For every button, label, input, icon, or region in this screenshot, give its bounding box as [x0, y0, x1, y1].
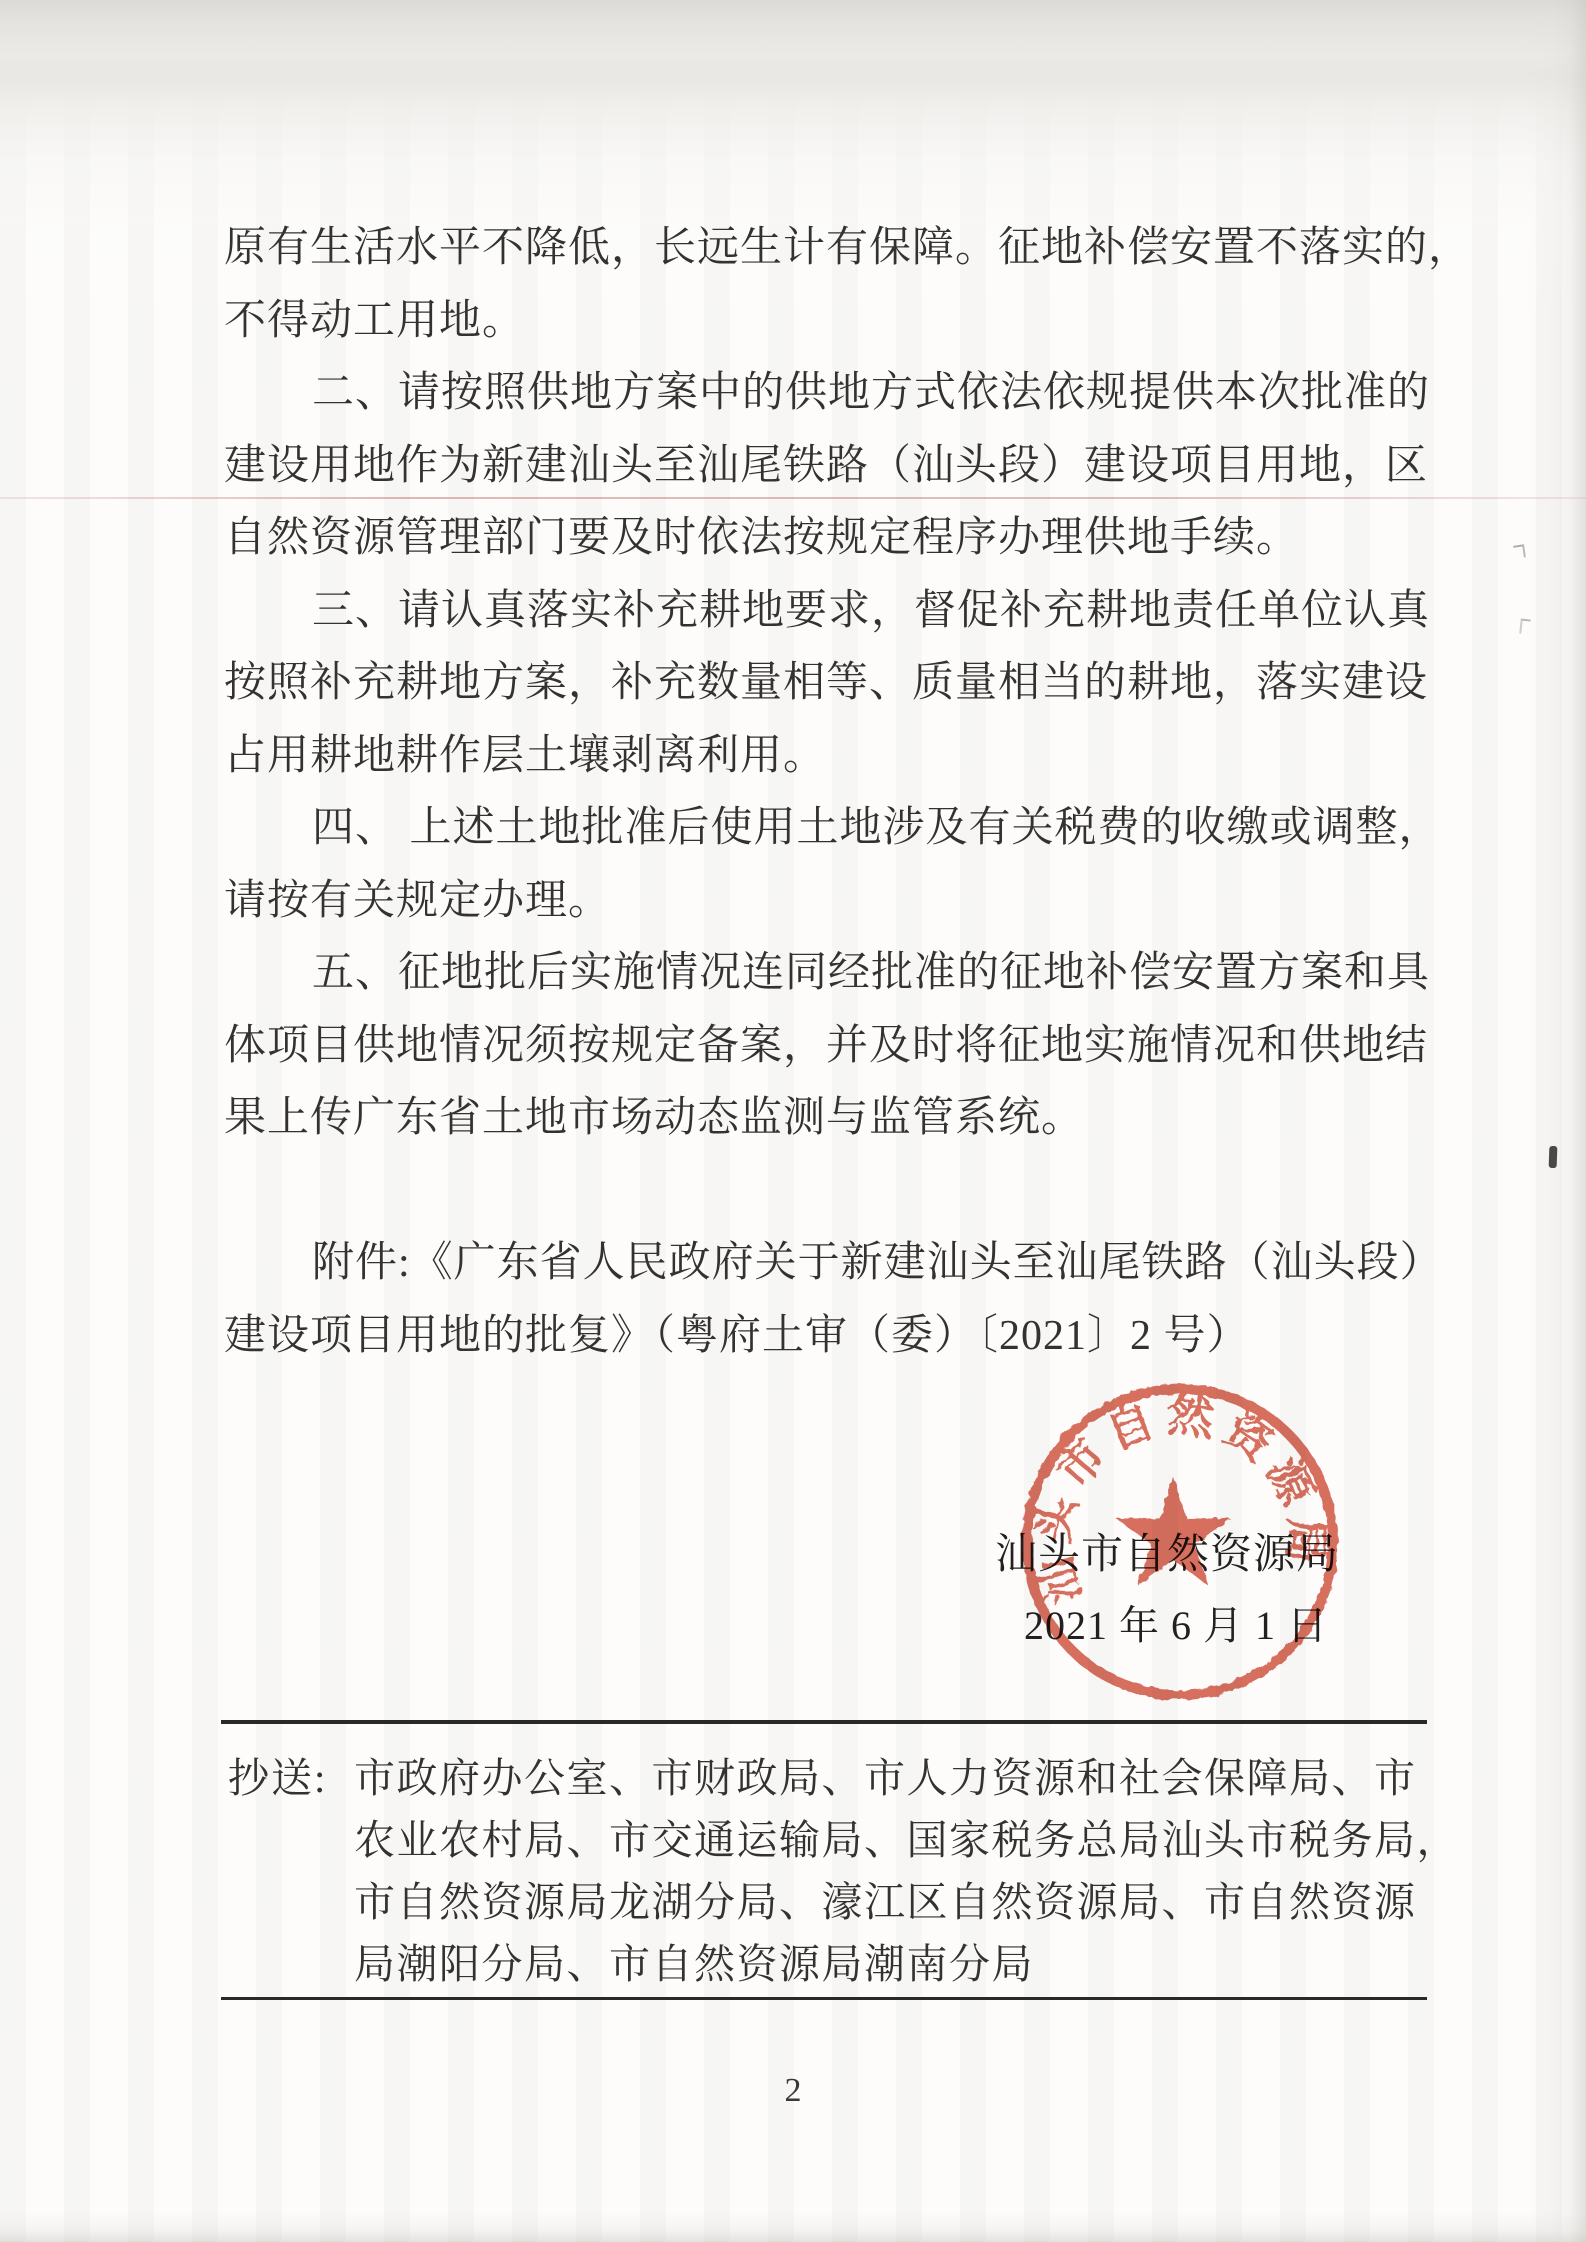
separator-rule-bottom: [221, 1997, 1427, 2000]
scanned-document-page: 原有生活水平不降低，长远生计有保障。征地补偿安置不落实的， 不得动工用地。 二、…: [0, 0, 1586, 2242]
cc-label: 抄送:: [228, 1747, 327, 1809]
page-number: 2: [0, 2072, 1586, 2110]
body-line: 建设用地作为新建汕头至汕尾铁路（汕头段）建设项目用地，区: [224, 430, 1434, 503]
body-line: 原有生活水平不降低，长远生计有保障。征地补偿安置不落实的，: [224, 212, 1434, 285]
body-line: 四、 上述土地批准后使用土地涉及有关税费的收缴或调整，: [224, 792, 1434, 865]
cc-line: 局潮阳分局、市自然资源局潮南分局: [354, 1933, 1434, 1995]
document-body: 原有生活水平不降低，长远生计有保障。征地补偿安置不落实的， 不得动工用地。 二、…: [224, 212, 1434, 1372]
official-seal: 汕头市自然资源局: [1008, 1370, 1352, 1714]
attachment-line: 建设项目用地的批复》（粤府土审（委）〔2021〕2 号）: [224, 1300, 1434, 1373]
body-line: 体项目供地情况须按规定备案，并及时将征地实施情况和供地结: [224, 1010, 1434, 1083]
body-line: 不得动工用地。: [224, 285, 1434, 358]
cc-line: 市自然资源局龙湖分局、濠江区自然资源局、市自然资源: [354, 1871, 1434, 1933]
body-line: 按照补充耕地方案，补充数量相等、质量相当的耕地，落实建设: [224, 647, 1434, 720]
cc-line: 市政府办公室、市财政局、市人力资源和社会保障局、市: [354, 1747, 1434, 1809]
body-line: 占用耕地耕作层土壤剥离利用。: [224, 720, 1434, 793]
scan-artifact-mark: [1513, 544, 1526, 558]
blank-line: [224, 1155, 1434, 1228]
body-line: 二、请按照供地方案中的供地方式依法依规提供本次批准的: [224, 357, 1434, 430]
body-line: 果上传广东省土地市场动态监测与监管系统。: [224, 1082, 1434, 1155]
body-line: 三、请认真落实补充耕地要求，督促补充耕地责任单位认真: [224, 575, 1434, 648]
attachment-line: 附件:《广东省人民政府关于新建汕头至汕尾铁路（汕头段）: [224, 1227, 1434, 1300]
body-line: 五、征地批后实施情况连同经批准的征地补偿安置方案和具: [224, 937, 1434, 1010]
scan-artifact-dash: [1549, 1146, 1558, 1168]
cc-line: 农业农村局、市交通运输局、国家税务总局汕头市税务局，: [354, 1809, 1434, 1871]
seal-star-icon: [1116, 1477, 1230, 1586]
separator-rule-top: [221, 1720, 1427, 1724]
scan-artifact-mark: [1519, 619, 1531, 635]
body-line: 请按有关规定办理。: [224, 865, 1434, 938]
cc-list: 市政府办公室、市财政局、市人力资源和社会保障局、市 农业农村局、市交通运输局、国…: [354, 1747, 1434, 1995]
body-line: 自然资源管理部门要及时依法按规定程序办理供地手续。: [224, 502, 1434, 575]
